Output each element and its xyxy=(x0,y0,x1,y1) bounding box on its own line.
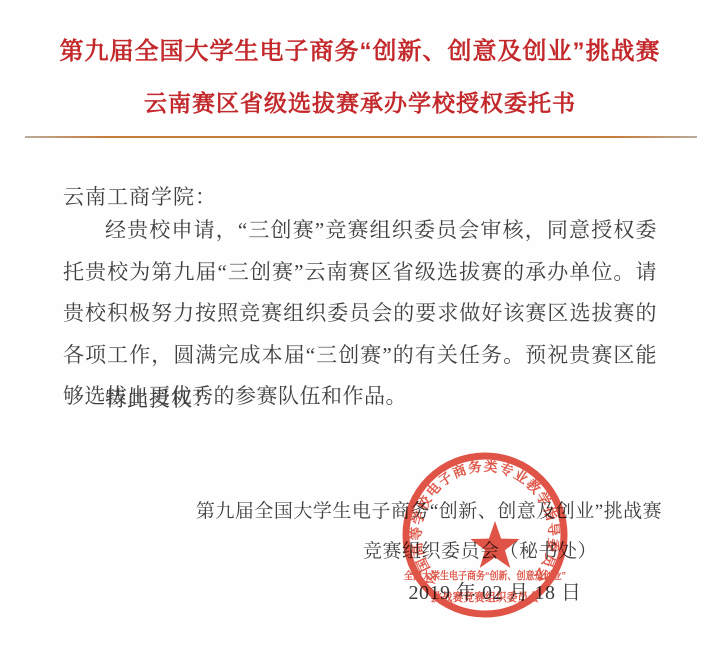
seal-border-ring xyxy=(406,456,564,614)
official-red-seal: 全国高等学校电子商务类专业教学指导委员会 全国大学生电子商务“创新、创意及创业”… xyxy=(390,440,580,630)
authorization-letter-page: 第九届全国大学生电子商务“创新、创意及创业”挑战赛 云南赛区省级选拔赛承办学校授… xyxy=(0,0,720,654)
star-icon xyxy=(470,521,519,568)
title-divider-rule xyxy=(25,136,697,138)
seal-inner-text-line2: 挑战赛竞赛组织委员会 xyxy=(431,590,539,604)
salutation: 云南工商学院： xyxy=(63,181,217,211)
document-title-line2: 云南赛区省级选拔赛承办学校授权委托书 xyxy=(0,85,720,118)
closing-statement: 特此授权！ xyxy=(105,383,215,413)
seal-inner-text-line1: 全国大学生电子商务“创新、创意及创业” xyxy=(404,569,566,582)
document-title-line1: 第九届全国大学生电子商务“创新、创意及创业”挑战赛 xyxy=(0,31,720,66)
